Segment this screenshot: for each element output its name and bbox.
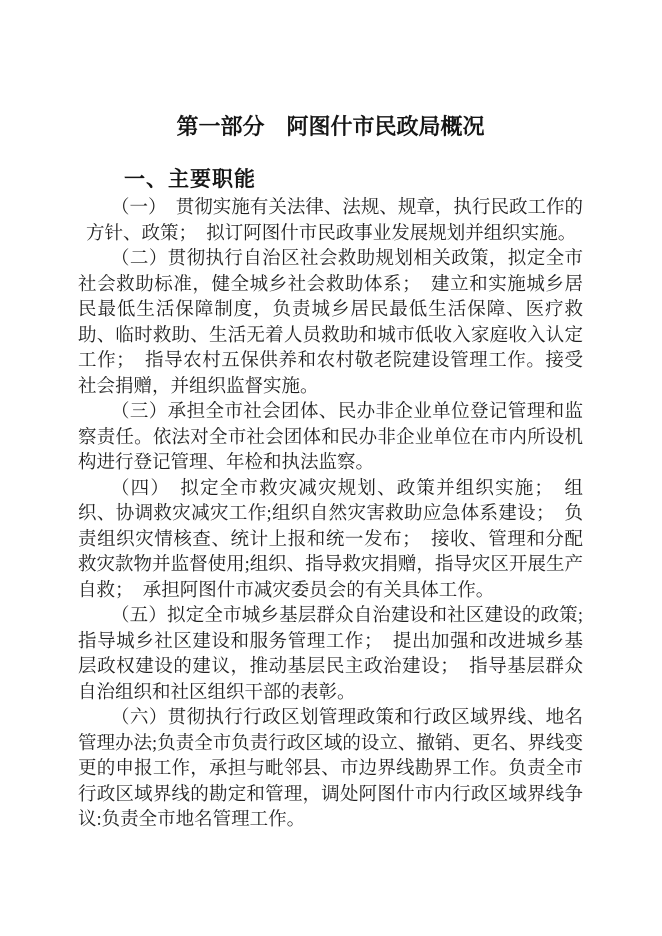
paragraph-duty-1: （一） 贯彻实施有关法律、法规、规章，执行民政工作的方针、政策； 拟订阿图什市民… (78, 196, 583, 247)
paragraph-duty-2: （二）贯彻执行自治区社会救助规划相关政策，拟定全市社会救助标准，健全城乡社会救助… (78, 247, 583, 400)
paragraph-duty-5: （五）拟定全市城乡基层群众自治建设和社区建设的政策;指导城乡社区建设和服务管理工… (78, 604, 583, 706)
document-body: （一） 贯彻实施有关法律、法规、规章，执行民政工作的方针、政策； 拟订阿图什市民… (78, 196, 583, 834)
paragraph-duty-3: （三）承担全市社会团体、民办非企业单位登记管理和监察责任。依法对全市社会团体和民… (78, 400, 583, 477)
document-page: 第一部分 阿图什市民政局概况 一、主要职能 （一） 贯彻实施有关法律、法规、规章… (0, 0, 662, 936)
paragraph-duty-6: （六）贯彻执行行政区划管理政策和行政区域界线、地名管理办法;负责全市负责行政区域… (78, 706, 583, 834)
document-title: 第一部分 阿图什市民政局概况 (78, 113, 583, 141)
paragraph-duty-4: （四） 拟定全市救灾减灾规划、政策并组织实施； 组织、协调救灾减灾工作;组织自然… (78, 477, 583, 605)
section-heading: 一、主要职能 (78, 166, 583, 194)
